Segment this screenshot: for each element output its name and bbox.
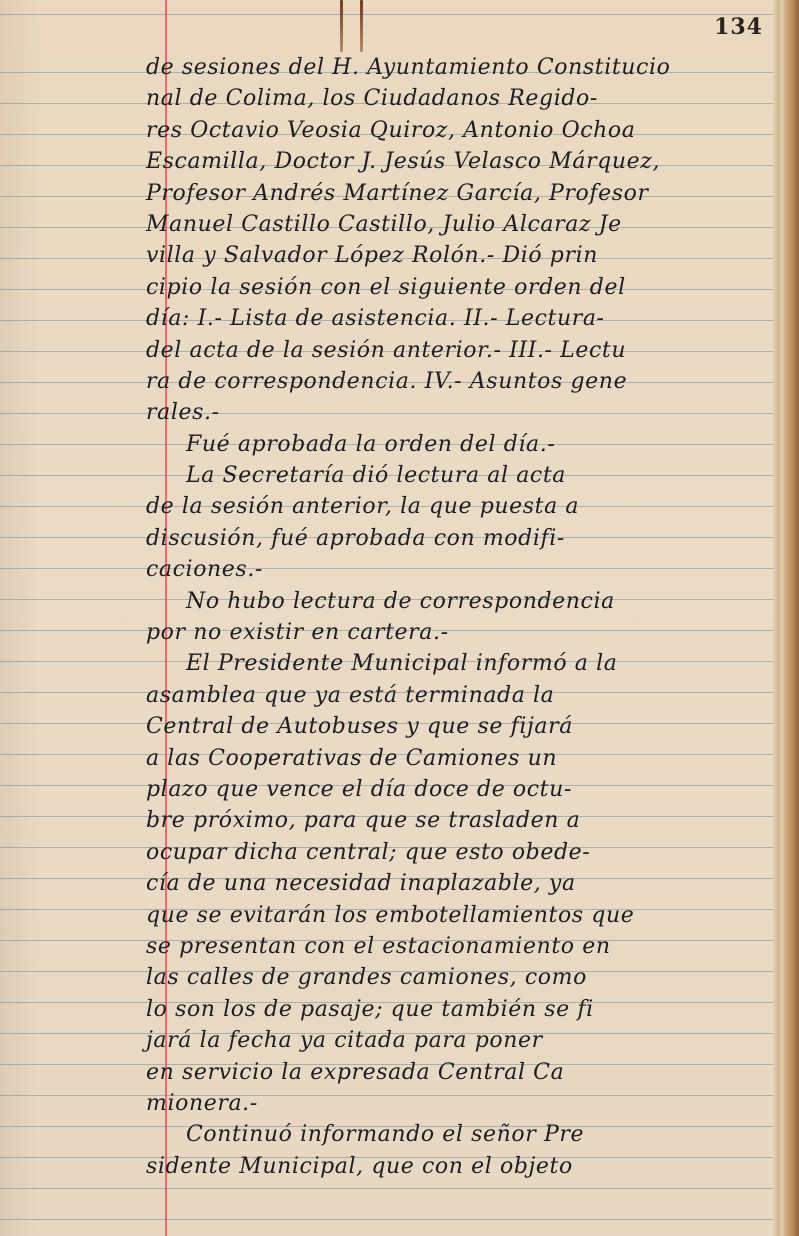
binding-stitch-marks — [340, 0, 370, 60]
paragraph-start-line: No hubo lectura de correspondencia — [146, 586, 786, 617]
text-line: Profesor Andrés Martínez García, Profeso… — [146, 178, 786, 209]
text-line: nal de Colima, los Ciudadanos Regido- — [146, 83, 786, 114]
text-line: rales.- — [146, 397, 786, 428]
paragraph-start-line: La Secretaría dió lectura al acta — [146, 460, 786, 491]
text-line: lo son los de pasaje; que también se fi — [146, 994, 786, 1025]
text-line: ocupar dicha central; que esto obede- — [146, 837, 786, 868]
text-line: a las Cooperativas de Camiones un — [146, 743, 786, 774]
text-line: villa y Salvador López Rolón.- Dió prin — [146, 240, 786, 271]
text-line: plazo que vence el día doce de octu- — [146, 774, 786, 805]
stitch-mark — [340, 0, 343, 52]
text-line: se presentan con el estacionamiento en — [146, 931, 786, 962]
paragraph-start-line: Continuó informando el señor Pre — [146, 1119, 786, 1150]
text-line: día: I.- Lista de asistencia. II.- Lectu… — [146, 303, 786, 334]
text-line: cipio la sesión con el siguiente orden d… — [146, 272, 786, 303]
text-line: bre próximo, para que se trasladen a — [146, 805, 786, 836]
text-line: res Octavio Veosia Quiroz, Antonio Ochoa — [146, 115, 786, 146]
text-line: asamblea que ya está terminada la — [146, 680, 786, 711]
text-line: Central de Autobuses y que se fijará — [146, 711, 786, 742]
page-number: 134 — [714, 14, 763, 40]
text-line: jará la fecha ya citada para poner — [146, 1025, 786, 1056]
text-line: que se evitarán los embotellamientos que — [146, 900, 786, 931]
text-line: caciones.- — [146, 554, 786, 585]
paragraph-start-line: Fué aprobada la orden del día.- — [146, 429, 786, 460]
text-line: de sesiones del H. Ayuntamiento Constitu… — [146, 52, 786, 83]
ledger-page: 134 de sesiones del H. Ayuntamiento Cons… — [0, 0, 799, 1236]
text-line: sidente Municipal, que con el objeto — [146, 1151, 786, 1182]
handwritten-text-block: de sesiones del H. Ayuntamiento Constitu… — [146, 52, 786, 1182]
text-line: Escamilla, Doctor J. Jesús Velasco Márqu… — [146, 146, 786, 177]
text-line: discusión, fué aprobada con modifi- — [146, 523, 786, 554]
text-line: por no existir en cartera.- — [146, 617, 786, 648]
text-line: ra de correspondencia. IV.- Asuntos gene — [146, 366, 786, 397]
text-line: mionera.- — [146, 1088, 786, 1119]
text-line: las calles de grandes camiones, como — [146, 962, 786, 993]
stitch-mark — [360, 0, 363, 52]
text-line: cía de una necesidad inaplazable, ya — [146, 868, 786, 899]
text-line: Manuel Castillo Castillo, Julio Alcaraz … — [146, 209, 786, 240]
paragraph-start-line: El Presidente Municipal informó a la — [146, 648, 786, 679]
text-line: de la sesión anterior, la que puesta a — [146, 491, 786, 522]
text-line: del acta de la sesión anterior.- III.- L… — [146, 335, 786, 366]
text-line: en servicio la expresada Central Ca — [146, 1057, 786, 1088]
